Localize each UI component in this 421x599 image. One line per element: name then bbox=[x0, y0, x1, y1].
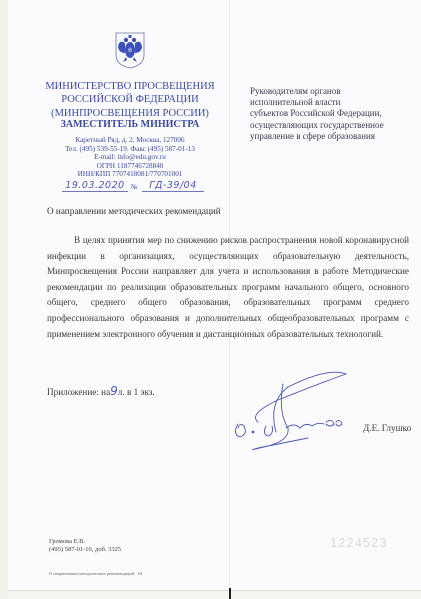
address: Каретный Ряд, д. 2, Москва, 127006 bbox=[40, 136, 220, 145]
appendix-pages: 9 bbox=[110, 384, 118, 398]
position-title: ЗАМЕСТИТЕЛЬ МИНИСТРА bbox=[40, 119, 220, 130]
letter-body: В целях принятия мер по снижению рисков … bbox=[47, 233, 409, 342]
appendix-suffix: л. в 1 экз. bbox=[118, 387, 155, 397]
stamp-number: 1224523 bbox=[330, 535, 388, 550]
addressee-line: управление в сфере образования bbox=[250, 131, 420, 142]
ogrn: ОГРН 1187746728840 bbox=[40, 162, 220, 171]
fold-mark bbox=[229, 588, 231, 599]
executor-block: Громова Е.В. (495) 587-01-10, доб. 3325 bbox=[49, 538, 121, 554]
ministry-line1: МИНИСТЕРСТВО ПРОСВЕЩЕНИЯ bbox=[40, 80, 220, 93]
ministry-name: МИНИСТЕРСТВО ПРОСВЕЩЕНИЯ РОССИЙСКОЙ ФЕДЕ… bbox=[40, 80, 220, 120]
executor-name: Громова Е.В. bbox=[49, 538, 121, 546]
addressee-line: Руководителям органов bbox=[250, 86, 420, 97]
inn-kpp: ИНН/КПП 7707418081/770701001 bbox=[40, 170, 220, 179]
registration-date: 19.03.2020 bbox=[62, 180, 128, 192]
addressee-line: субъектов Российской Федерации, bbox=[250, 108, 420, 119]
footer-note: О направлении методических рекомендаций … bbox=[49, 571, 142, 576]
signer-name: Д.Е. Глушко bbox=[363, 423, 411, 433]
addressee-line: осуществляющих государственное bbox=[250, 120, 420, 131]
registration-number: ГД-39/04 bbox=[142, 180, 204, 192]
ministry-line2: РОССИЙСКОЙ ФЕДЕРАЦИИ bbox=[40, 93, 220, 106]
appendix-prefix: Приложение: на bbox=[47, 387, 110, 397]
email: E-mail: info@edu.gov.ru bbox=[40, 153, 220, 162]
subject-line: О направлении методических рекомендаций bbox=[47, 206, 221, 216]
appendix-line: Приложение: на9л. в 1 экз. bbox=[47, 384, 155, 398]
phone-fax: Тел. (495) 539-55-19. Факс (495) 587-01-… bbox=[40, 145, 220, 154]
addressee-block: Руководителям органов исполнительной вла… bbox=[250, 86, 420, 142]
contact-block: Каретный Ряд, д. 2, Москва, 127006 Тел. … bbox=[40, 136, 220, 179]
executor-phone: (495) 587-01-10, доб. 3325 bbox=[49, 546, 121, 554]
scan-edge bbox=[0, 0, 8, 599]
addressee-line: исполнительной власти bbox=[250, 97, 420, 108]
russian-coat-of-arms-icon bbox=[113, 31, 147, 69]
handwritten-signature-icon bbox=[228, 362, 358, 457]
number-label: № bbox=[131, 183, 138, 191]
